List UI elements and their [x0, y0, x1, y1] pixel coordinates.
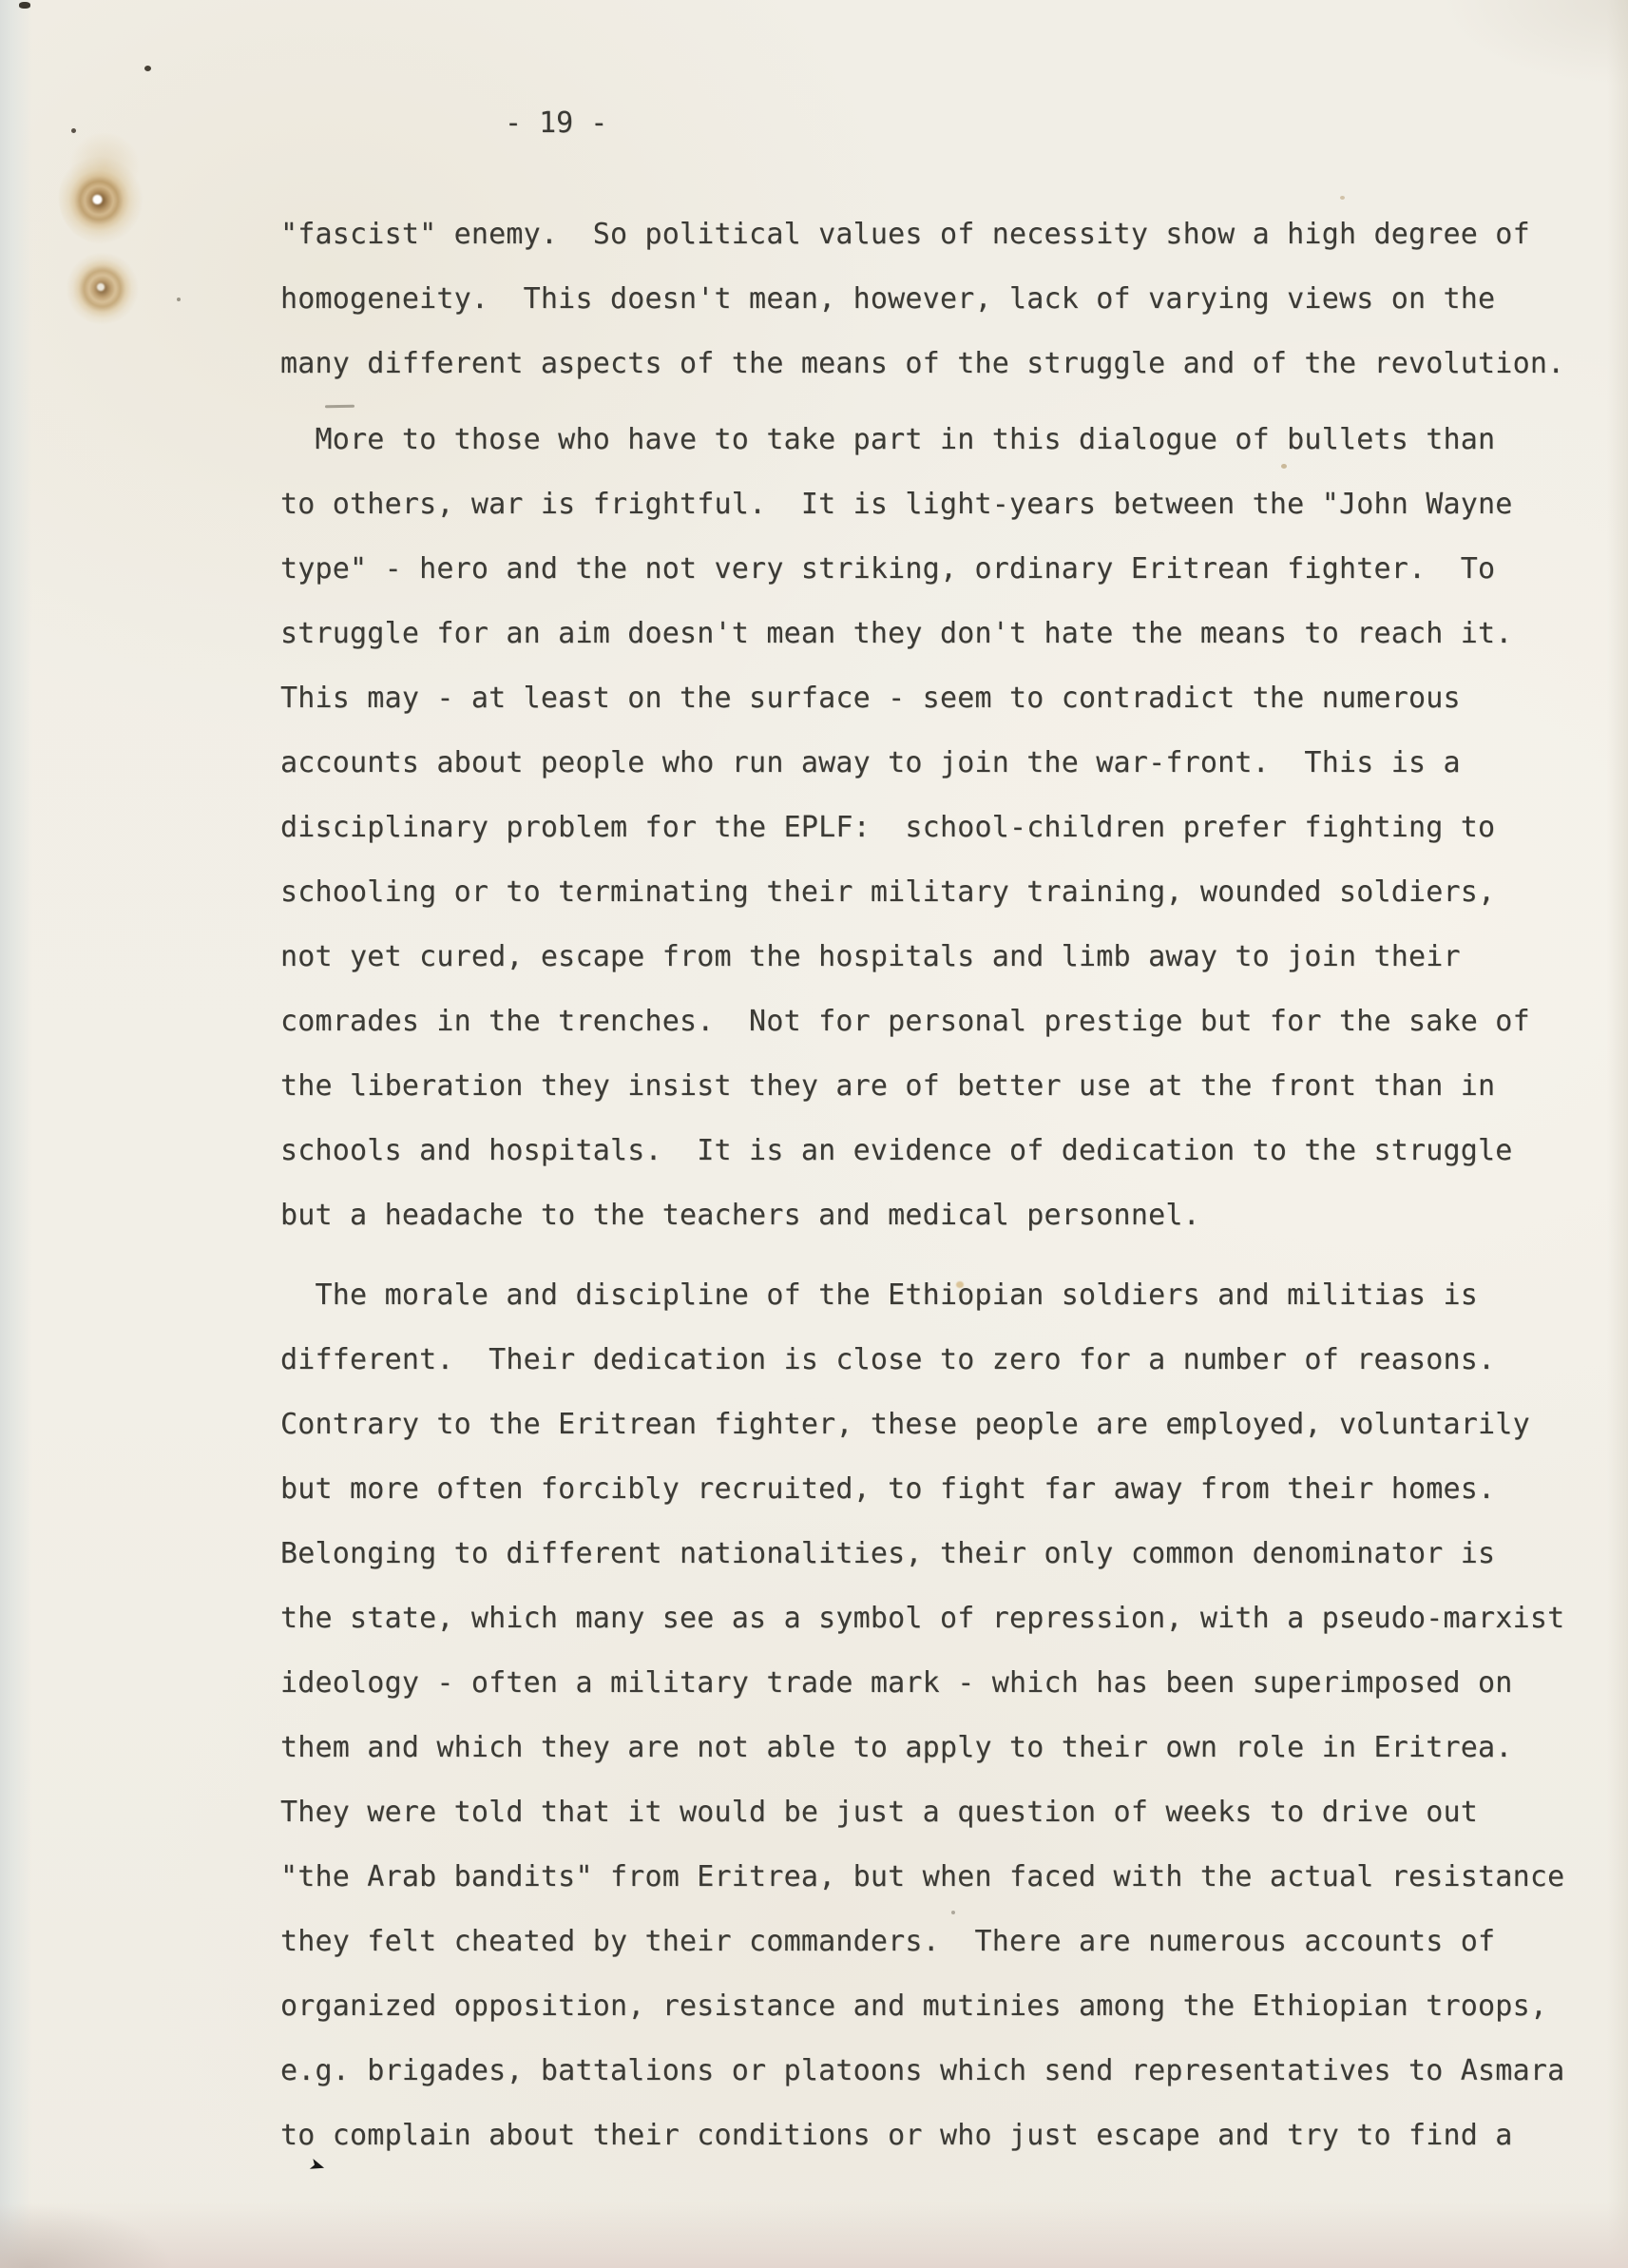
paper-speck [1340, 196, 1345, 200]
text-line: but more often forcibly recruited, to fi… [280, 1457, 1564, 1522]
text-line: the liberation they insist they are of b… [280, 1054, 1530, 1119]
text-line: "the Arab bandits" from Eritrea, but whe… [280, 1845, 1564, 1910]
text-line: organized opposition, resistance and mut… [280, 1974, 1564, 2039]
text-line: to others, war is frightful. It is light… [280, 472, 1530, 537]
text-line: comrades in the trenches. Not for person… [280, 990, 1530, 1054]
paper-speck [177, 298, 181, 301]
text-line: This may - at least on the surface - see… [280, 666, 1530, 731]
corner-shadow [0, 2154, 247, 2268]
paper-speck [144, 66, 151, 71]
text-line: e.g. brigades, battalions or platoons wh… [280, 2039, 1564, 2104]
text-line: homogeneity. This doesn't mean, however,… [280, 267, 1564, 332]
text-line: The morale and discipline of the Ethiopi… [280, 1263, 1564, 1328]
text-line: Belonging to different nationalities, th… [280, 1522, 1564, 1586]
text-line: disciplinary problem for the EPLF: schoo… [280, 796, 1530, 860]
text-line: schools and hospitals. It is an evidence… [280, 1119, 1530, 1183]
rust-stain-top [59, 152, 143, 243]
text-line: different. Their dedication is close to … [280, 1328, 1564, 1393]
paper-speck [71, 128, 76, 133]
text-line: More to those who have to take part in t… [280, 408, 1530, 472]
rust-stain-bottom [63, 249, 139, 325]
text-line: not yet cured, escape from the hospitals… [280, 925, 1530, 990]
text-line: but a headache to the teachers and medic… [280, 1183, 1530, 1248]
text-line: to complain about their conditions or wh… [280, 2104, 1564, 2168]
paragraph-1: "fascist" enemy. So political values of … [280, 202, 1564, 396]
corner-shade [1343, 0, 1628, 133]
text-line: ideology - often a military trade mark -… [280, 1651, 1564, 1716]
text-line: accounts about people who run away to jo… [280, 731, 1530, 796]
text-line: Contrary to the Eritrean fighter, these … [280, 1393, 1564, 1457]
scan-edge-left [0, 0, 32, 2268]
text-line: the state, which many see as a symbol of… [280, 1586, 1564, 1651]
text-line: many different aspects of the means of t… [280, 332, 1564, 396]
paragraph-2: More to those who have to take part in t… [280, 408, 1530, 1248]
text-line: schooling or to terminating their milita… [280, 860, 1530, 925]
text-line: them and which they are not able to appl… [280, 1716, 1564, 1780]
text-line: "fascist" enemy. So political values of … [280, 202, 1564, 267]
text-line: they felt cheated by their commanders. T… [280, 1910, 1564, 1974]
text-line: They were told that it would be just a q… [280, 1780, 1564, 1845]
paper-speck [19, 2, 30, 9]
paragraph-3: The morale and discipline of the Ethiopi… [280, 1263, 1564, 2168]
text-line: type" - hero and the not very striking, … [280, 537, 1530, 602]
page-number: - 19 - [505, 91, 607, 156]
scan-edge-right [1607, 0, 1628, 2268]
text-line: struggle for an aim doesn't mean they do… [280, 602, 1530, 666]
